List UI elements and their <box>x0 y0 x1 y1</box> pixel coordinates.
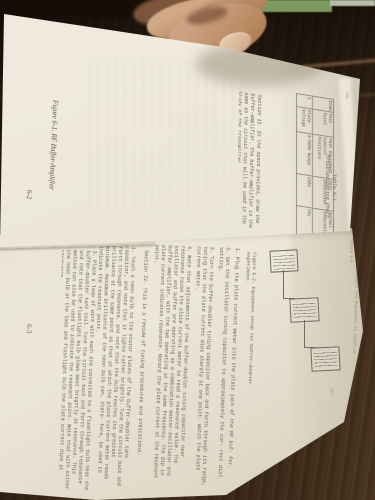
diagram-connector-line <box>304 347 316 348</box>
figure-6-1-caption: Figure 6-1. RF Buffer-Amplifier <box>46 100 58 230</box>
table-cell: 0-500V Range <box>296 131 312 176</box>
section2-paragraph: Section II. In the space provided, draw … <box>236 91 262 245</box>
diagram-box <box>310 346 340 371</box>
table-cell: 250v <box>296 174 312 208</box>
section4-step-1: 1. Touch a neon bulb to the stator plate… <box>91 245 136 488</box>
table-cell: Plate Voltage <box>296 107 312 134</box>
diagram-box <box>289 297 319 322</box>
table-header-cell: Test Indication <box>312 176 333 211</box>
table-header-row: Item Test Point Test Equipment Control P… <box>312 96 333 244</box>
table-header-cell: Test Point <box>312 109 333 137</box>
step-paragraph: 4. Note that adjustments of the buffer-d… <box>145 245 192 486</box>
section4-step-2: 2. Place a loop of wire with each end co… <box>54 249 97 492</box>
diagram-box-label-scribble <box>293 300 317 319</box>
figure-6-2-caption: Figure 6-2. Equipment setup for buffer-d… <box>239 252 257 388</box>
table-header-cell: Test Equipment Control Positions <box>312 134 333 179</box>
diagram-box-label-scribble <box>273 252 296 269</box>
section3-steps: 1. Plug the plate current meter into the… <box>142 245 240 488</box>
page-number-6-2: 6-2 <box>24 190 32 220</box>
pale-wall-corner <box>330 0 375 6</box>
diagram-box <box>269 249 298 272</box>
diagram-connector-line <box>283 270 284 299</box>
photo-scene: Section III. Connect the equipment as sh… <box>0 0 375 500</box>
page-number-6-3: 6-3 <box>24 324 32 354</box>
diagram-box-label-scribble <box>314 349 338 368</box>
troubleshooting-table: Item Test Point Test Equipment Control P… <box>296 93 334 245</box>
troubleshooting-table-wrap: Item Test Point Test Equipment Control P… <box>252 86 334 245</box>
diagram-connector-line <box>283 298 295 299</box>
diagram-connector-line <box>304 320 305 348</box>
table-row: 1 Plate Voltage 0-500V Range 250v 25v <box>296 94 312 242</box>
